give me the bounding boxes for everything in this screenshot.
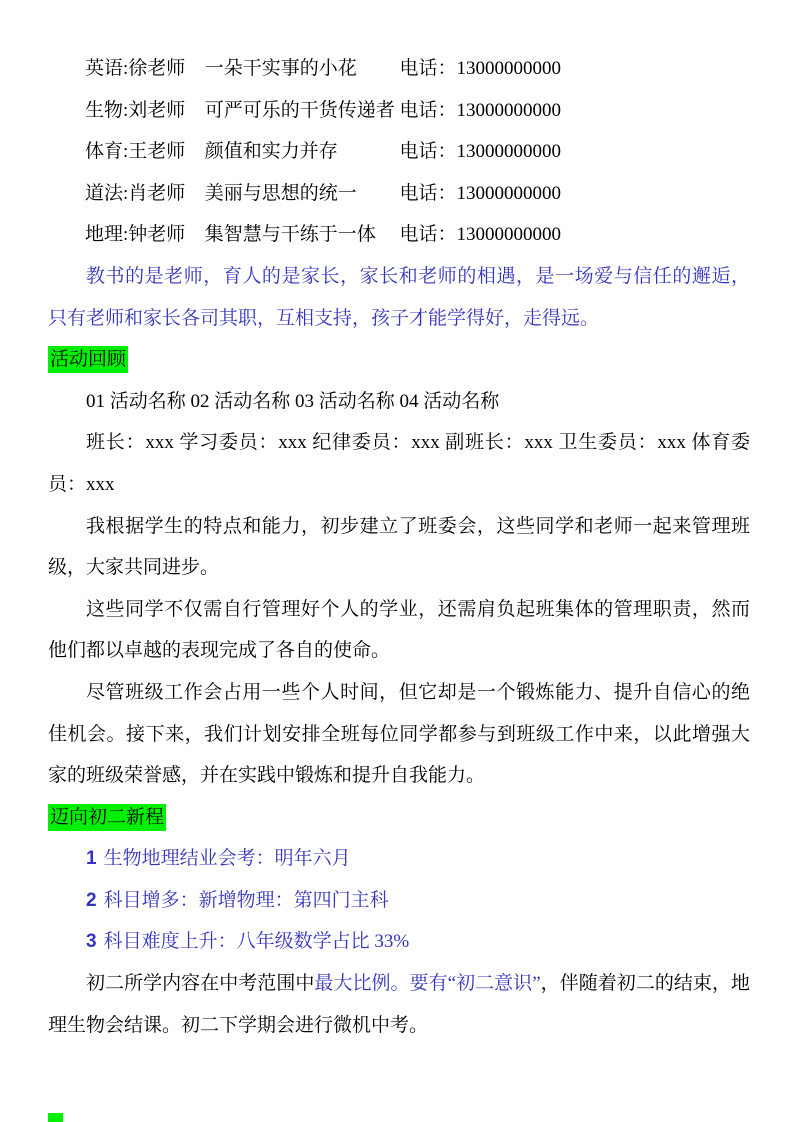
next-section-highlight-cutoff bbox=[48, 1113, 63, 1122]
teachers-note-paragraph: 教书的是老师，育人的是家长，家长和老师的相遇，是一场爱与信任的邂逅，只有老师和家… bbox=[48, 256, 750, 339]
paragraph-committee-duty: 这些同学不仅需自行管理好个人的学业，还需肩负起班集体的管理职责，然而他们都以卓越… bbox=[48, 589, 750, 672]
teacher-subject-name: 生物:刘老师 bbox=[85, 90, 200, 132]
point-text: 科目增多：新增物理：第四门主科 bbox=[104, 890, 389, 911]
teacher-phone: 电话：13000000000 bbox=[400, 100, 562, 121]
paragraph-committee-intro: 我根据学生的特点和能力，初步建立了班委会，这些同学和老师一起来管理班级，大家共同… bbox=[48, 506, 750, 589]
teacher-row: 道法:肖老师 美丽与思想的统一 电话：13000000000 bbox=[85, 173, 750, 215]
teacher-contact-list: 英语:徐老师 一朵干实事的小花 电话：13000000000 生物:刘老师 可严… bbox=[48, 48, 750, 256]
point-number: 3 bbox=[86, 931, 97, 952]
teacher-motto: 集智慧与干练于一体 bbox=[205, 214, 395, 256]
point-number: 2 bbox=[86, 890, 97, 911]
teacher-row: 地理:钟老师 集智慧与干练于一体 电话：13000000000 bbox=[85, 214, 750, 256]
teacher-motto: 颜值和实力并存 bbox=[205, 131, 395, 173]
point-number: 1 bbox=[86, 848, 97, 869]
section-heading-activity-review: 活动回顾 bbox=[48, 346, 128, 373]
section-heading-grade8: 迈向初二新程 bbox=[48, 804, 166, 831]
teacher-subject-name: 地理:钟老师 bbox=[85, 214, 200, 256]
teacher-subject-name: 道法:肖老师 bbox=[85, 173, 200, 215]
teacher-motto: 一朵干实事的小花 bbox=[205, 48, 395, 90]
section-heading-grade8-line: 迈向初二新程 bbox=[48, 797, 750, 839]
document-page: 英语:徐老师 一朵干实事的小花 电话：13000000000 生物:刘老师 可严… bbox=[0, 0, 793, 1046]
section-heading-activity-review-line: 活动回顾 bbox=[48, 339, 750, 381]
point-text: 生物地理结业会考：明年六月 bbox=[104, 848, 351, 869]
teacher-row: 生物:刘老师 可严可乐的干货传递者 电话：13000000000 bbox=[85, 90, 750, 132]
teacher-phone: 电话：13000000000 bbox=[400, 141, 562, 162]
teacher-phone: 电话：13000000000 bbox=[400, 58, 562, 79]
closing-blue-segment: 最大比例。要有“初二意识” bbox=[314, 973, 540, 994]
grade8-point-1: 1生物地理结业会考：明年六月 bbox=[48, 838, 750, 880]
grade8-point-2: 2科目增多：新增物理：第四门主科 bbox=[48, 880, 750, 922]
teacher-row: 体育:王老师 颜值和实力并存 电话：13000000000 bbox=[85, 131, 750, 173]
teacher-phone: 电话：13000000000 bbox=[400, 183, 562, 204]
grade8-point-3: 3科目难度上升：八年级数学占比 33% bbox=[48, 921, 750, 963]
closing-paragraph: 初二所学内容在中考范围中最大比例。要有“初二意识”，伴随着初二的结束，地理生物会… bbox=[48, 963, 750, 1046]
activities-line: 01 活动名称 02 活动名称 03 活动名称 04 活动名称 bbox=[48, 381, 750, 423]
teacher-motto: 美丽与思想的统一 bbox=[205, 173, 395, 215]
teacher-subject-name: 体育:王老师 bbox=[85, 131, 200, 173]
point-text: 科目难度上升：八年级数学占比 33% bbox=[104, 931, 410, 952]
committee-line: 班长：xxx 学习委员：xxx 纪律委员：xxx 副班长：xxx 卫生委员：xx… bbox=[48, 422, 750, 505]
teacher-phone: 电话：13000000000 bbox=[400, 224, 562, 245]
teacher-motto: 可严可乐的干货传递者 bbox=[205, 90, 395, 132]
teacher-row: 英语:徐老师 一朵干实事的小花 电话：13000000000 bbox=[85, 48, 750, 90]
paragraph-class-work-plan: 尽管班级工作会占用一些个人时间，但它却是一个锻炼能力、提升自信心的绝佳机会。接下… bbox=[48, 672, 750, 797]
teacher-subject-name: 英语:徐老师 bbox=[85, 48, 200, 90]
closing-black-segment-1: 初二所学内容在中考范围中 bbox=[86, 973, 314, 994]
